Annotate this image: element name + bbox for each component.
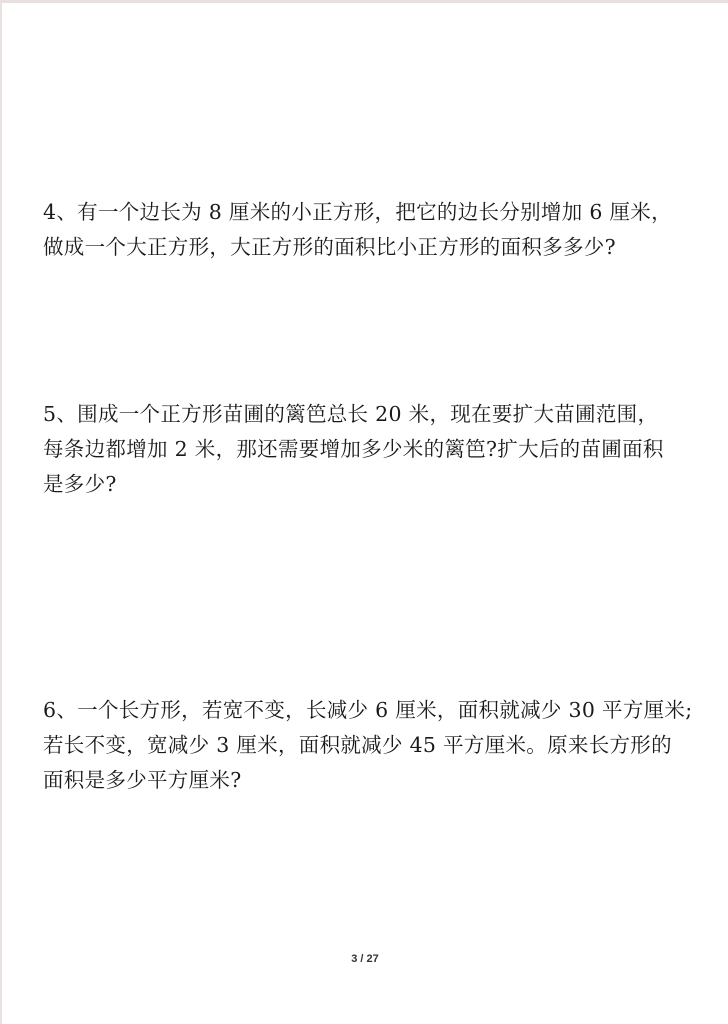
problem-4-line-1: 4、有一个边长为 8 厘米的小正方形，把它的边长分别增加 6 厘米， [43, 195, 703, 230]
document-viewer: 4、有一个边长为 8 厘米的小正方形，把它的边长分别增加 6 厘米， 做成一个大… [0, 0, 728, 1024]
problem-6: 6、一个长方形，若宽不变，长减少 6 厘米，面积就减少 30 平方厘米; 若长不… [43, 693, 703, 798]
problem-5: 5、围成一个正方形苗圃的篱笆总长 20 米，现在要扩大苗圃范围， 每条边都增加 … [43, 397, 703, 502]
problem-6-line-3: 面积是多少平方厘米? [43, 763, 703, 798]
problem-5-line-2: 每条边都增加 2 米，那还需要增加多少米的篱笆?扩大后的苗圃面积 [43, 432, 703, 467]
problem-6-line-2: 若长不变，宽减少 3 厘米，面积就减少 45 平方厘米。原来长方形的 [43, 728, 703, 763]
problem-5-line-1: 5、围成一个正方形苗圃的篱笆总长 20 米，现在要扩大苗圃范围， [43, 397, 703, 432]
problem-6-line-1: 6、一个长方形，若宽不变，长减少 6 厘米，面积就减少 30 平方厘米; [43, 693, 703, 728]
page-indicator: 3 / 27 [2, 953, 728, 965]
document-page: 4、有一个边长为 8 厘米的小正方形，把它的边长分别增加 6 厘米， 做成一个大… [2, 3, 728, 1024]
problem-5-line-3: 是多少? [43, 467, 703, 502]
problem-4: 4、有一个边长为 8 厘米的小正方形，把它的边长分别增加 6 厘米， 做成一个大… [43, 195, 703, 265]
problem-4-line-2: 做成一个大正方形，大正方形的面积比小正方形的面积多多少? [43, 230, 703, 265]
